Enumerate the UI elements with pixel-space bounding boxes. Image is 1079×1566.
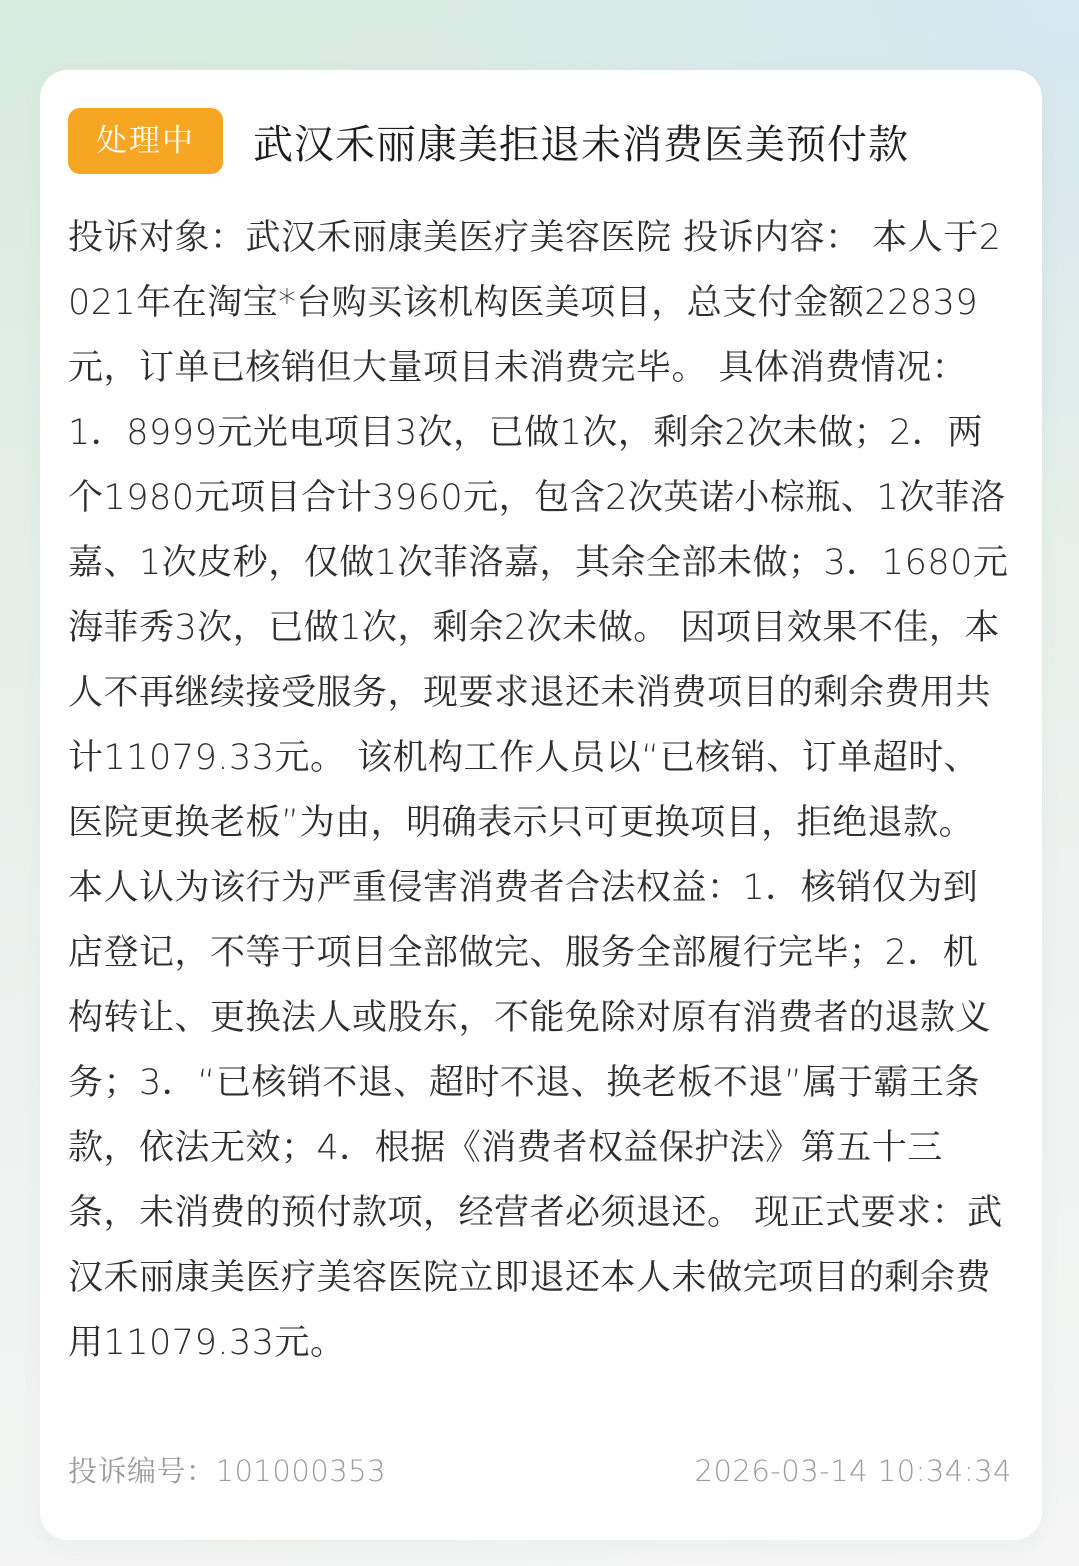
complaint-id: 投诉编号：101000353 bbox=[68, 1449, 386, 1490]
complaint-id-value: 101000353 bbox=[216, 1454, 387, 1488]
complaint-body: 投诉对象：武汉禾丽康美医疗美容医院 投诉内容： 本人于2021年在淘宝*台购买该… bbox=[68, 206, 1012, 1449]
complaint-timestamp: 2026-03-14 10:34:34 bbox=[695, 1454, 1013, 1488]
complaint-footer: 投诉编号：101000353 2026-03-14 10:34:34 bbox=[68, 1449, 1012, 1514]
complaint-card: 处理中 武汉禾丽康美拒退未消费医美预付款 投诉对象：武汉禾丽康美医疗美容医院 投… bbox=[40, 70, 1042, 1540]
complaint-title: 武汉禾丽康美拒退未消费医美预付款 bbox=[253, 113, 909, 170]
complaint-header: 处理中 武汉禾丽康美拒退未消费医美预付款 bbox=[68, 108, 1012, 174]
status-badge: 处理中 bbox=[68, 108, 223, 174]
complaint-id-label: 投诉编号： bbox=[68, 1454, 216, 1488]
